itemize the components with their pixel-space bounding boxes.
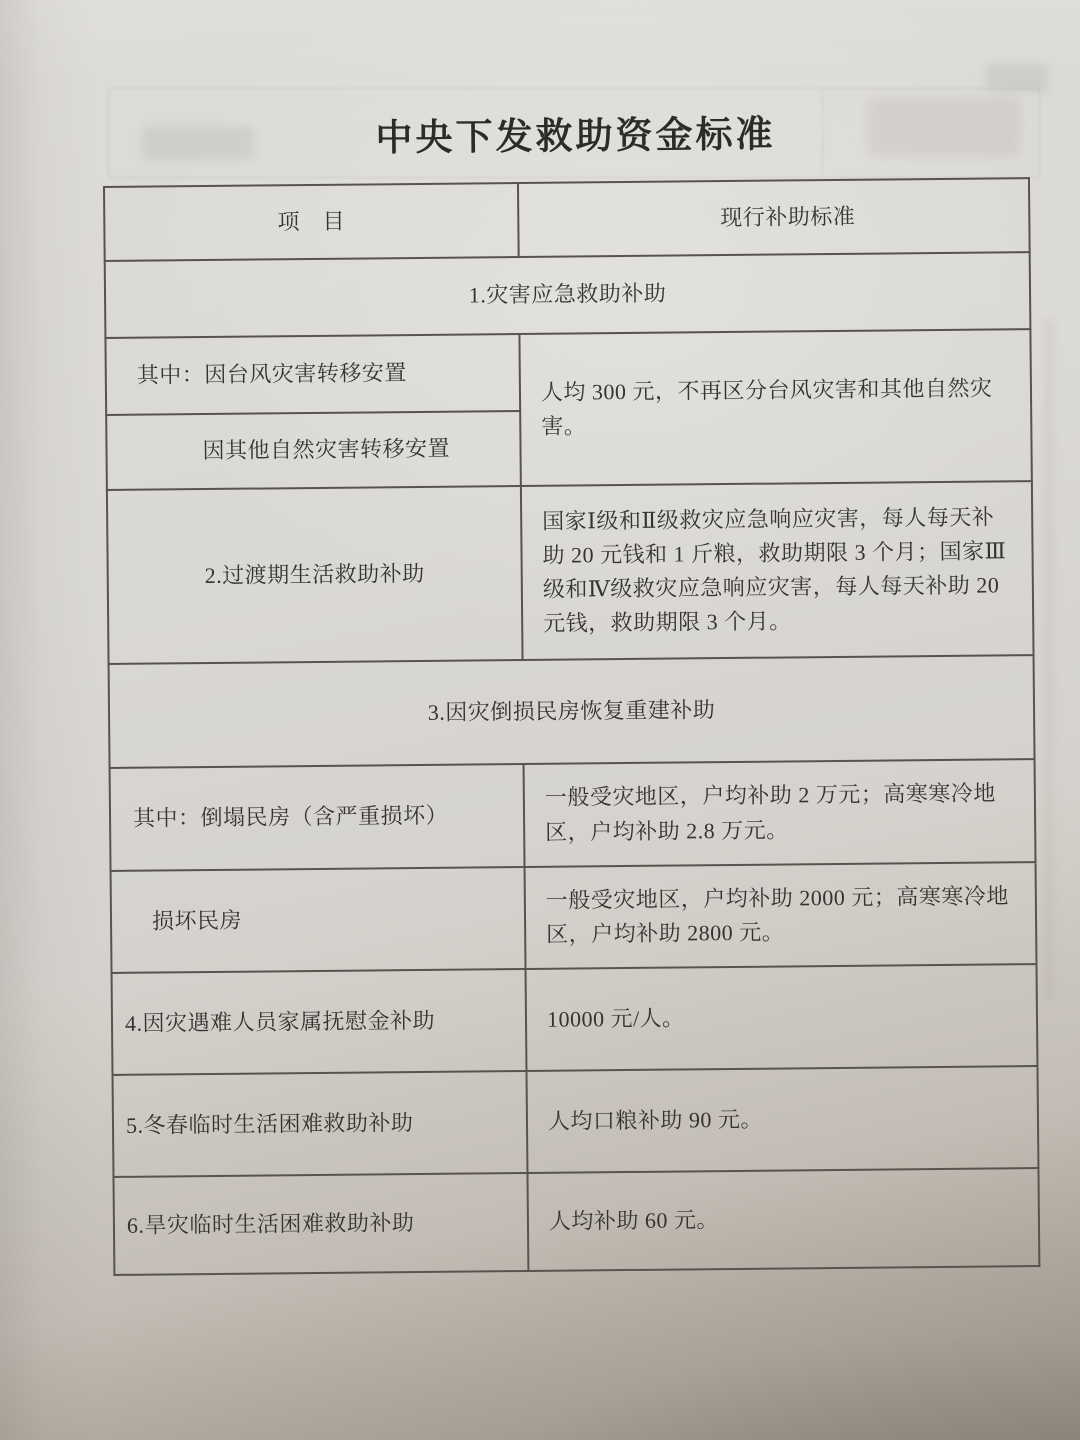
- cell-condolence-label: 4.因灾遇难人员家属抚慰金补助: [112, 969, 527, 1075]
- photo-background: 中央下发救助资金标准 项 目 现行补助标准 1.灾害应急救助补助 其中：因台风灾…: [0, 0, 1080, 1440]
- cell-collapsed-housing-label: 其中：倒塌民房（含严重损坏）: [110, 764, 525, 871]
- cell-relocation-standard-value: 人均 300 元，不再区分台风灾害和其他自然灾害。: [519, 329, 1031, 486]
- header-cell-current-standard: 现行补助标准: [518, 178, 1030, 257]
- cell-other-disaster-relocation-label: 因其他自然灾害转移安置: [106, 411, 521, 490]
- table-row-drought-subsidy: 6.旱灾临时生活困难救助补助 人均补助 60 元。: [113, 1168, 1039, 1275]
- table-row-collapsed-housing: 其中：倒塌民房（含严重损坏） 一般受灾地区，户均补助 2 万元；高寒寒冷地区，户…: [110, 759, 1036, 871]
- table-row-winter-spring-subsidy: 5.冬春临时生活困难救助补助 人均口粮补助 90 元。: [113, 1066, 1039, 1177]
- header-cell-item: 项 目: [104, 183, 519, 261]
- table-row-typhoon-relocation: 其中：因台风灾害转移安置 人均 300 元，不再区分台风灾害和其他自然灾害。: [105, 329, 1031, 415]
- section-row-disaster-emergency: 1.灾害应急救助补助: [105, 252, 1031, 338]
- document-page: 中央下发救助资金标准 项 目 现行补助标准 1.灾害应急救助补助 其中：因台风灾…: [0, 0, 1080, 1440]
- section-title-disaster-emergency: 1.灾害应急救助补助: [105, 252, 1031, 338]
- cell-transition-standard-value: 国家Ⅰ级和Ⅱ级救灾应急响应灾害，每人每天补助 20 元钱和 1 斤粮，救助期限 …: [521, 481, 1034, 660]
- table-header-row: 项 目 现行补助标准: [104, 178, 1030, 261]
- section-row-housing-rebuild: 3.因灾倒损民房恢复重建补助: [109, 655, 1035, 768]
- cell-drought-value: 人均补助 60 元。: [527, 1168, 1039, 1271]
- cell-condolence-value: 10000 元/人。: [526, 964, 1038, 1071]
- page-title: 中央下发救助资金标准: [35, 100, 1080, 164]
- table-row-condolence-payment: 4.因灾遇难人员家属抚慰金补助 10000 元/人。: [112, 964, 1038, 1075]
- section-title-housing-rebuild: 3.因灾倒损民房恢复重建补助: [109, 655, 1035, 768]
- cell-collapsed-housing-value: 一般受灾地区，户均补助 2 万元；高寒寒冷地区，户均补助 2.8 万元。: [524, 759, 1036, 867]
- cell-drought-label: 6.旱灾临时生活困难救助补助: [113, 1173, 528, 1275]
- cell-winter-spring-label: 5.冬春临时生活困难救助补助: [113, 1071, 528, 1177]
- cell-winter-spring-value: 人均口粮补助 90 元。: [526, 1066, 1038, 1173]
- subsidy-standards-table: 项 目 现行补助标准 1.灾害应急救助补助 其中：因台风灾害转移安置 人均 30…: [103, 177, 1040, 1276]
- cell-transition-label: 2.过渡期生活救助补助: [107, 486, 523, 664]
- cell-damaged-housing-value: 一般受灾地区，户均补助 2000 元；高寒寒冷地区，户均补助 2800 元。: [525, 862, 1037, 969]
- cell-typhoon-relocation-label: 其中：因台风灾害转移安置: [105, 334, 520, 415]
- cell-damaged-housing-label: 损坏民房: [111, 867, 526, 973]
- table-row-damaged-housing: 损坏民房 一般受灾地区，户均补助 2000 元；高寒寒冷地区，户均补助 2800…: [111, 862, 1037, 973]
- table-row-transition-living-subsidy: 2.过渡期生活救助补助 国家Ⅰ级和Ⅱ级救灾应急响应灾害，每人每天补助 20 元钱…: [107, 481, 1034, 664]
